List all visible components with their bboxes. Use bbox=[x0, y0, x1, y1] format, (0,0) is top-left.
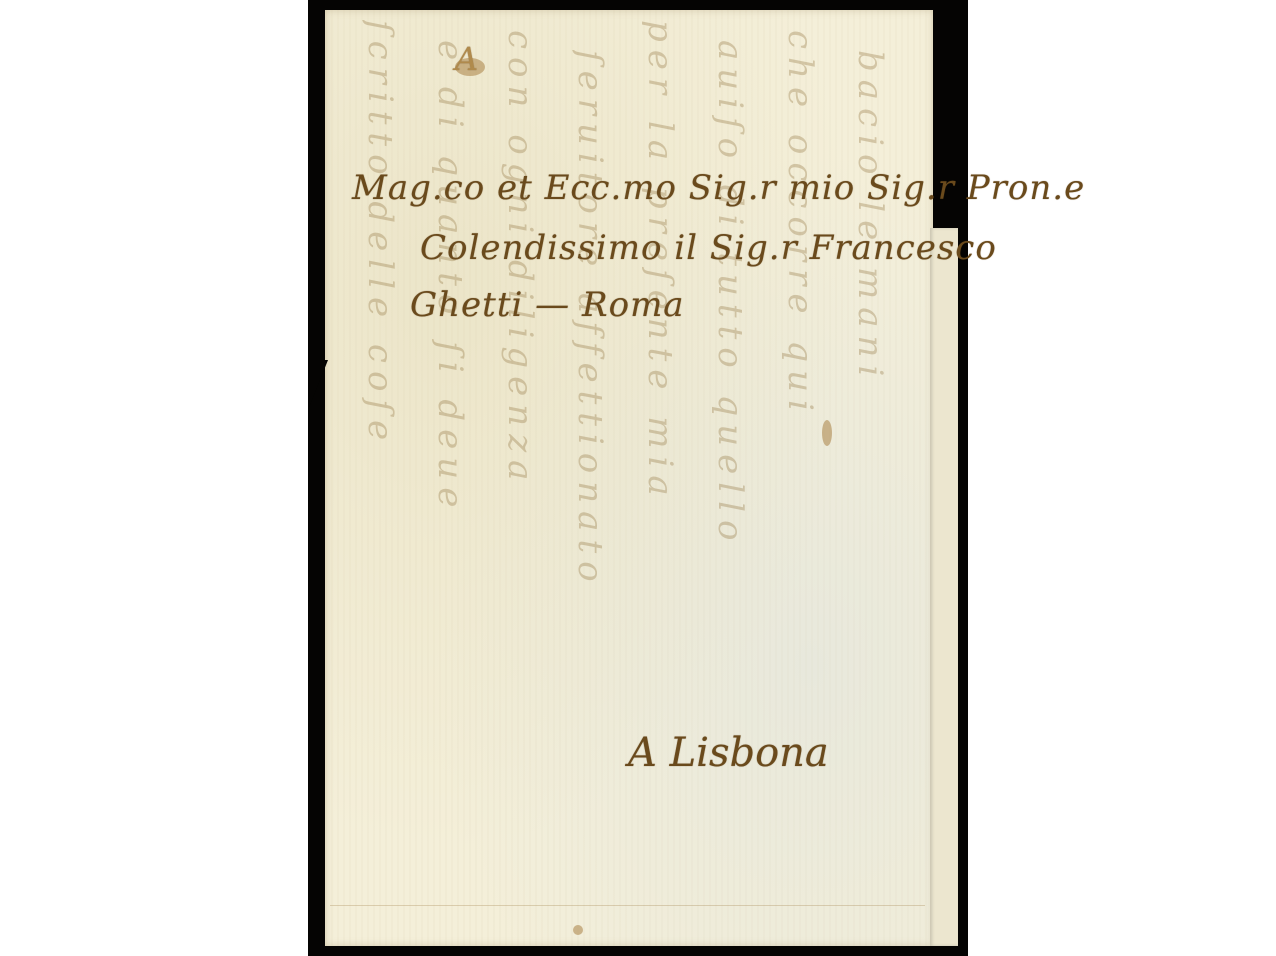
bleed-through-column: con ogni diligenza bbox=[500, 30, 540, 920]
letter-paper bbox=[325, 10, 933, 946]
signature-destination: A Lisbona bbox=[628, 730, 829, 776]
corner-mark: A bbox=[455, 40, 478, 78]
bleed-through-column: ſcritto delle coſe bbox=[360, 20, 400, 920]
bleed-through-column: che occorre qui bbox=[780, 30, 820, 920]
bleed-through-column: per la preſente mia bbox=[640, 20, 680, 920]
ink-stain bbox=[573, 925, 583, 935]
address-line-3: Ghetti — Roma bbox=[410, 285, 685, 325]
address-line-1: Mag.co et Ecc.mo Sig.r mio Sig.r Pron.e bbox=[352, 168, 1085, 208]
horizontal-fold-crease bbox=[330, 905, 925, 906]
address-line-2: Colendissimo il Sig.r Francesco bbox=[420, 228, 997, 268]
letter-fold-flap bbox=[930, 228, 958, 946]
ink-stain bbox=[822, 420, 832, 446]
